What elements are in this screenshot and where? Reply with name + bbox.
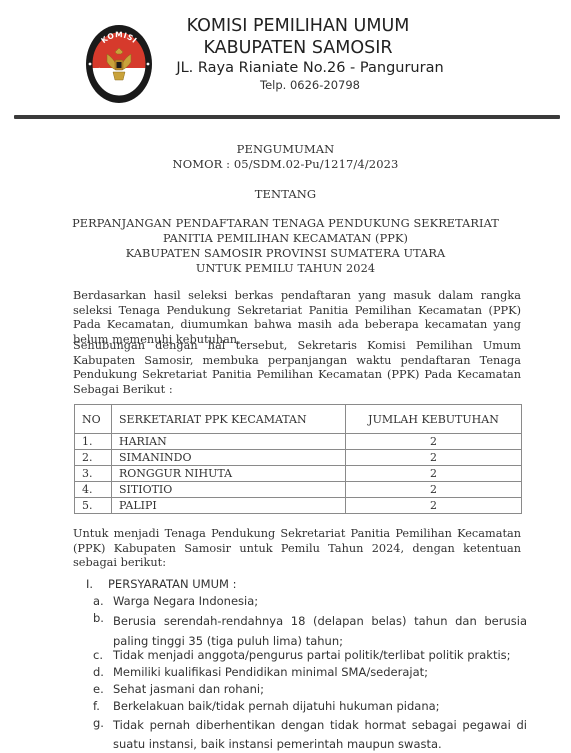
table-header-row: NO SERKETARIAT PPK KECAMATAN JUMLAH KEBU… xyxy=(75,405,522,434)
announcement-about: TENTANG xyxy=(0,187,571,201)
list-item-marker: b. xyxy=(93,611,109,626)
cell-kecamatan: HARIAN xyxy=(112,434,346,450)
kpu-logo-icon: KOMISI PEMILIHAN UMUM xyxy=(85,24,153,104)
extension-paragraph: Sehubungan dengan hal tersebut, Sekretar… xyxy=(73,339,521,397)
list-item: Warga Negara Indonesia; xyxy=(113,594,527,609)
organization-address: JL. Raya Rianiate No.26 - Pangururan xyxy=(160,60,460,76)
vacancy-table: NO SERKETARIAT PPK KECAMATAN JUMLAH KEBU… xyxy=(74,404,522,514)
column-header-jumlah: JUMLAH KEBUTUHAN xyxy=(346,405,522,434)
cell-jumlah: 2 xyxy=(346,466,522,482)
table-row: 4. SITIOTIO 2 xyxy=(75,482,522,498)
subject-line: UNTUK PEMILU TAHUN 2024 xyxy=(0,262,571,275)
subject-line: PANITIA PEMILIHAN KECAMATAN (PPK) xyxy=(0,232,571,245)
cell-no: 2. xyxy=(75,450,112,466)
list-item-marker: d. xyxy=(93,665,109,680)
requirements-intro-paragraph: Untuk menjadi Tenaga Pendukung Sekretari… xyxy=(73,527,521,571)
organization-name: KOMISI PEMILIHAN UMUM xyxy=(173,16,423,36)
cell-jumlah: 2 xyxy=(346,434,522,450)
table-row: 3. RONGGUR NIHUTA 2 xyxy=(75,466,522,482)
table-row: 1. HARIAN 2 xyxy=(75,434,522,450)
list-item-marker: a. xyxy=(93,594,109,609)
subject-line: PERPANJANGAN PENDAFTARAN TENAGA PENDUKUN… xyxy=(0,217,571,230)
list-item-marker: g. xyxy=(93,716,109,731)
cell-kecamatan: SIMANINDO xyxy=(112,450,346,466)
cell-no: 1. xyxy=(75,434,112,450)
table-row: 5. PALIPI 2 xyxy=(75,498,522,514)
cell-no: 5. xyxy=(75,498,112,514)
announcement-number: NOMOR : 05/SDM.02-Pu/1217/4/2023 xyxy=(0,157,571,171)
cell-no: 4. xyxy=(75,482,112,498)
list-item: Memiliki kualifikasi Pendidikan minimal … xyxy=(113,665,527,680)
list-item: Sehat jasmani dan rohani; xyxy=(113,682,527,697)
cell-kecamatan: SITIOTIO xyxy=(112,482,346,498)
list-item-marker: c. xyxy=(93,648,109,663)
organization-phone: Telp. 0626-20798 xyxy=(160,78,460,92)
list-item: Berkelakuan baik/tidak pernah dijatuhi h… xyxy=(113,699,527,714)
organization-regency: KABUPATEN SAMOSIR xyxy=(173,38,423,58)
section-title: PERSYARATAN UMUM : xyxy=(108,577,236,592)
column-header-kecamatan: SERKETARIAT PPK KECAMATAN xyxy=(112,405,346,434)
list-item: Tidak pernah diberhentikan dengan tidak … xyxy=(113,716,527,753)
section-marker: I. xyxy=(86,577,93,592)
list-item: Berusia serendah-rendahnya 18 (delapan b… xyxy=(113,611,527,651)
column-header-no: NO xyxy=(75,405,112,434)
announcement-heading: PENGUMUMAN xyxy=(0,142,571,156)
letterhead-divider xyxy=(14,115,560,119)
cell-no: 3. xyxy=(75,466,112,482)
cell-kecamatan: RONGGUR NIHUTA xyxy=(112,466,346,482)
list-item-marker: e. xyxy=(93,682,109,697)
cell-jumlah: 2 xyxy=(346,482,522,498)
list-item: Tidak menjadi anggota/pengurus partai po… xyxy=(113,648,527,663)
cell-jumlah: 2 xyxy=(346,498,522,514)
table-row: 2. SIMANINDO 2 xyxy=(75,450,522,466)
cell-kecamatan: PALIPI xyxy=(112,498,346,514)
subject-line: KABUPATEN SAMOSIR PROVINSI SUMATERA UTAR… xyxy=(0,247,571,260)
list-item-marker: f. xyxy=(93,699,109,714)
cell-jumlah: 2 xyxy=(346,450,522,466)
